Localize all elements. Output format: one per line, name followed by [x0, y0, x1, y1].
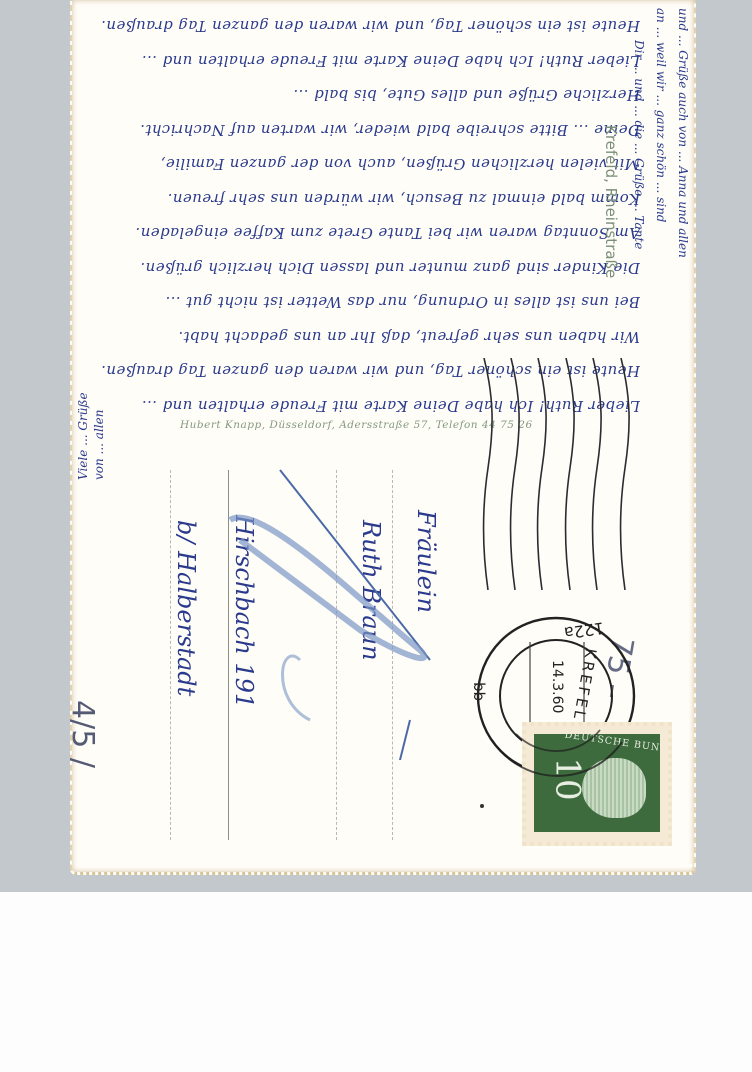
margin-handwriting-right: und ... Grüße auch von ... Anna und alle… — [676, 8, 690, 258]
message-line: Herzliche Grüße und alles Gute, bis bald… — [80, 78, 640, 113]
cancellation-wave-icon — [587, 358, 607, 590]
address-rule — [170, 470, 171, 840]
margin-handwriting-right: Dir ... und ... die ... Grüße ... Tante — [632, 40, 646, 249]
margin-handwriting-left: Viele ... Grüße — [76, 392, 90, 480]
portrait-icon — [582, 758, 646, 818]
cancellation-wave-icon — [560, 358, 580, 590]
message-line: Mit vielen herzlichen Grüßen, auch von d… — [80, 147, 640, 182]
message-line: Lieber Ruth! Ich habe Deine Karte mit Fr… — [80, 389, 640, 424]
postmark-suffix: bb — [470, 682, 488, 701]
message-line: Die Kinder sind ganz munter und lassen D… — [80, 251, 640, 286]
postmark-date: 14.3.60 — [549, 660, 565, 713]
printed-location-caption: Krefeld, Rheinstraße — [602, 125, 620, 278]
message-line: Lieber Ruth! Ich habe Deine Karte mit Fr… — [80, 44, 640, 79]
cancellation-wave-icon — [505, 358, 525, 590]
message-line: Heute ist ein schöner Tag, und wir waren… — [80, 9, 640, 44]
margin-handwriting-right: an ... weil wir ... ganz schön ... sind — [654, 8, 668, 222]
cancellation-wave-icon — [532, 358, 552, 590]
ink-dot — [480, 804, 484, 808]
postage-stamp: 10 DEUTSCHE BUNDESPOST — [522, 722, 672, 846]
cancellation-wave-icon — [615, 358, 635, 590]
crossout-stroke-icon — [220, 460, 460, 760]
cancellation-wave-icon — [478, 358, 498, 590]
message-line: Deine ... Bitte schreibe bald wieder, wi… — [80, 113, 640, 148]
message-line: Komm bald einmal zu Besuch, wir würden u… — [80, 182, 640, 217]
message-line: Heute ist ein schöner Tag, und wir waren… — [80, 354, 640, 389]
message-line: Wir haben uns sehr gefreut, daß Ihr an u… — [80, 320, 640, 355]
margin-handwriting-left: von ... allen — [92, 410, 106, 480]
message-line: Am Sonntag waren wir bei Tante Grete zum… — [80, 216, 640, 251]
pencil-annotation: 4/5 / — [65, 700, 100, 768]
message-line: Bei uns ist alles in Ordnung, nur das We… — [80, 285, 640, 320]
handwritten-message: Lieber Ruth! Ich habe Deine Karte mit Fr… — [80, 8, 640, 423]
postcard-deckled-edge — [78, 864, 692, 874]
stamp-denomination: 10 — [551, 757, 585, 800]
address-line-4: b/ Halberstadt — [172, 520, 200, 696]
stamp-face: 10 DEUTSCHE BUNDESPOST — [534, 734, 660, 832]
